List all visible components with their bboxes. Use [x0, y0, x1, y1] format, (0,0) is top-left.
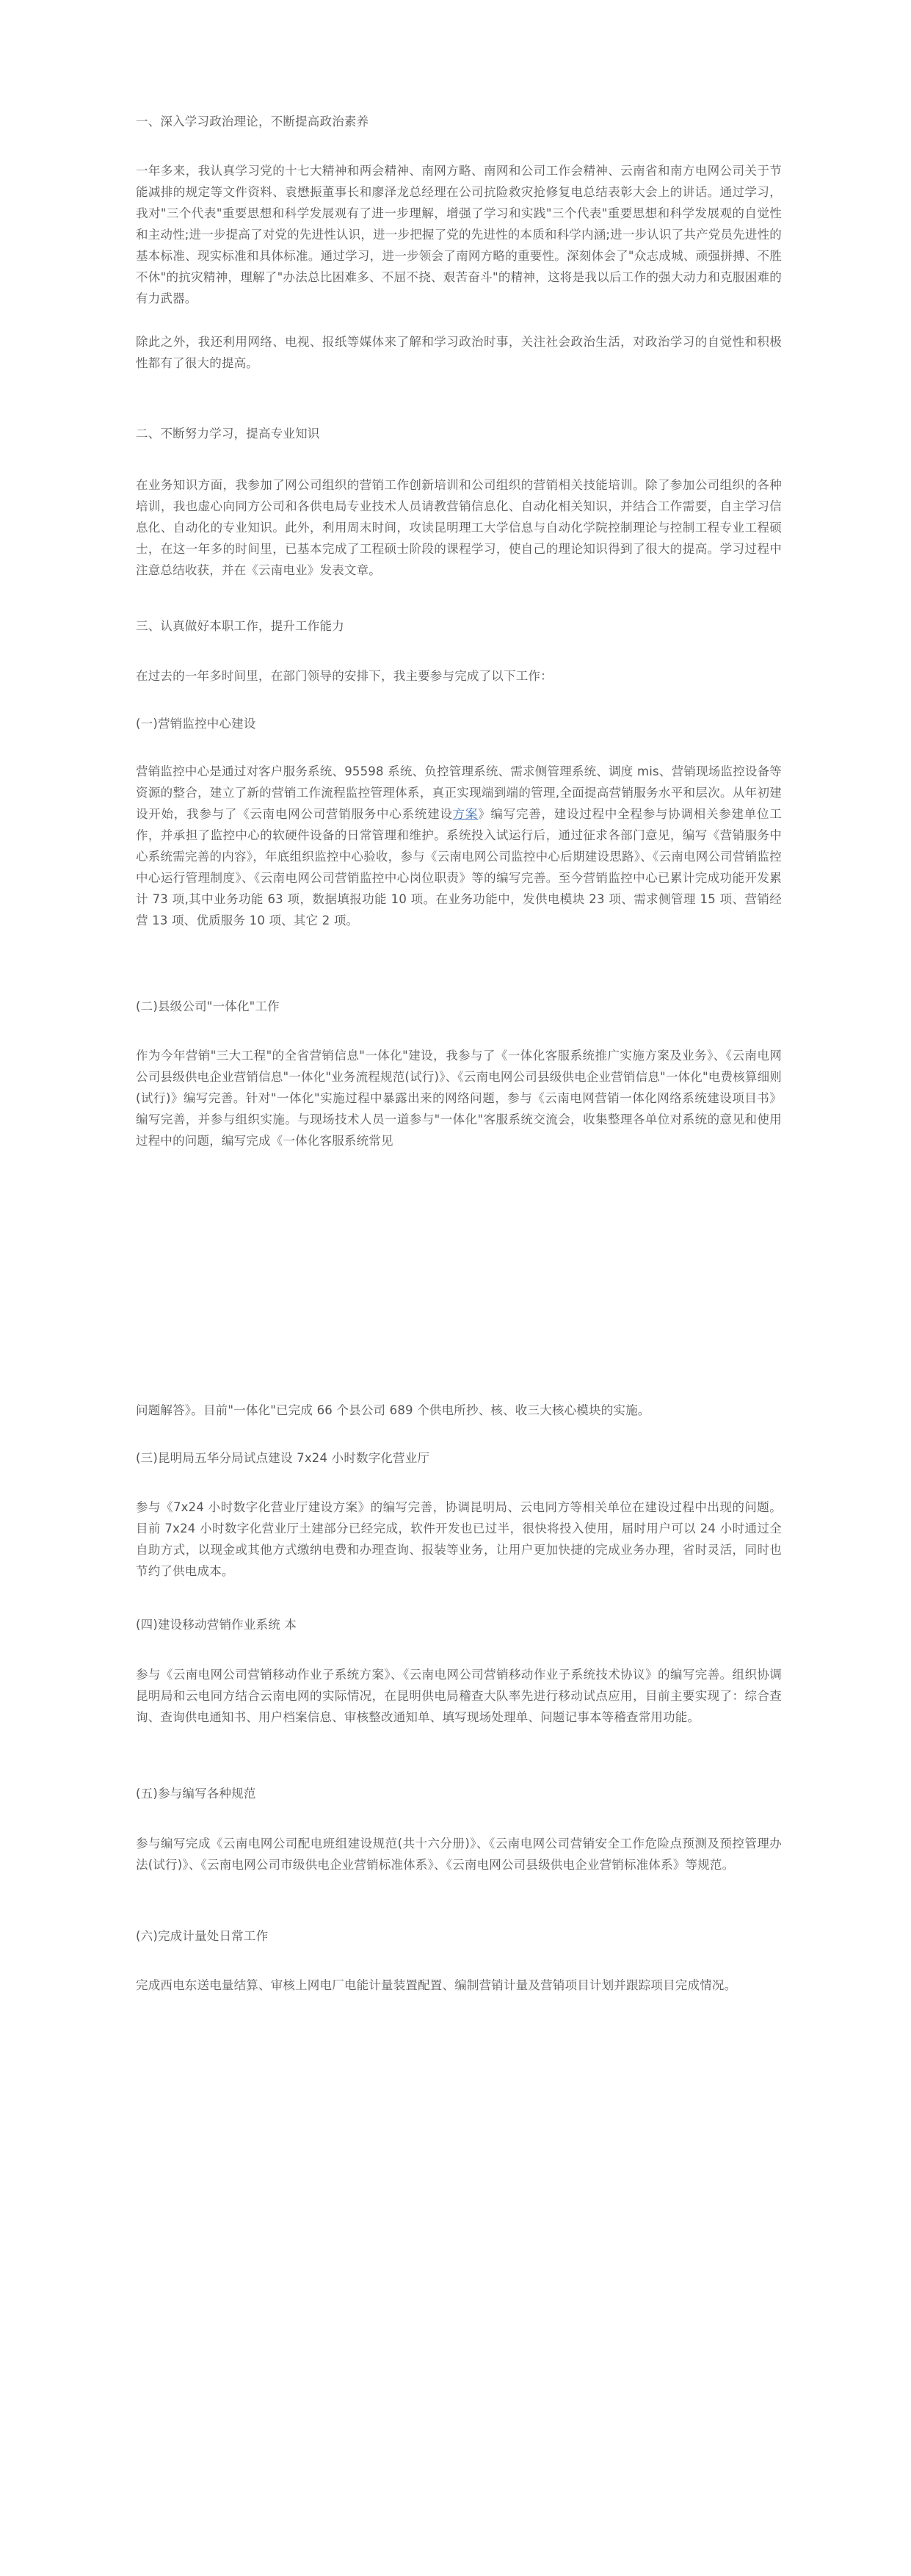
- paragraph-specifications: 参与编写完成《云南电网公司配电班组建设规范(共十六分册)》、《云南电网公司营销安…: [136, 1833, 782, 1875]
- monitoring-text-after-link: 》编写完善，建设过程中全程参与协调相关参建单位工作，并承担了监控中心的软硬件设备…: [136, 807, 782, 927]
- page-break: [0, 1175, 911, 1388]
- section-heading-1: 一、深入学习政治理论，不断提高政治素养: [136, 111, 782, 132]
- subsection-heading-2: (二)县级公司"一体化"工作: [136, 996, 782, 1017]
- paragraph-digital-hall: 参与《7x24 小时数字化营业厅建设方案》的编写完善，协调昆明局、云电同方等相关…: [136, 1497, 782, 1582]
- subsection-heading-6: (六)完成计量处日常工作: [136, 1925, 782, 1947]
- paragraph-integration-page2: 问题解答》。目前"一体化"已完成 66 个县公司 689 个供电所抄、核、收三大…: [136, 1400, 782, 1421]
- plan-link[interactable]: 方案: [453, 807, 479, 821]
- paragraph-metering-work: 完成西电东送电量结算、审核上网电厂电能计量装置配置、编制营销计量及营销项目计划并…: [136, 1975, 782, 1996]
- paragraph-political-study: 一年多来，我认真学习党的十七大精神和两会精神、南网方略、南网和公司工作会精神、云…: [136, 160, 782, 309]
- section-heading-3: 三、认真做好本职工作，提升工作能力: [136, 615, 782, 637]
- section-heading-2: 二、不断努力学习，提高专业知识: [136, 423, 782, 444]
- paragraph-mobile-system: 参与《云南电网公司营销移动作业子系统方案》、《云南电网公司营销移动作业子系统技术…: [136, 1664, 782, 1728]
- paragraph-monitoring-center: 营销监控中心是通过对客户服务系统、95598 系统、负控管理系统、需求侧管理系统…: [136, 761, 782, 931]
- paragraph-work-intro: 在过去的一年多时间里，在部门领导的安排下，我主要参与完成了以下工作：: [136, 665, 782, 687]
- subsection-heading-4: (四)建设移动营销作业系统 本: [136, 1614, 782, 1635]
- subsection-heading-5: (五)参与编写各种规范: [136, 1783, 782, 1804]
- subsection-heading-1: (一)营销监控中心建设: [136, 713, 782, 734]
- subsection-heading-3: (三)昆明局五华分局试点建设 7x24 小时数字化营业厅: [136, 1447, 782, 1469]
- paragraph-professional-knowledge: 在业务知识方面，我参加了网公司组织的营销工作创新培训和公司组织的营销相关技能培训…: [136, 474, 782, 581]
- paragraph-media-study: 除此之外，我还利用网络、电视、报纸等媒体来了解和学习政治时事，关注社会政治生活，…: [136, 331, 782, 374]
- paragraph-integration-page1: 作为今年营销"三大工程"的全省营销信息"一体化"建设，我参与了《一体化客服系统推…: [136, 1045, 782, 1151]
